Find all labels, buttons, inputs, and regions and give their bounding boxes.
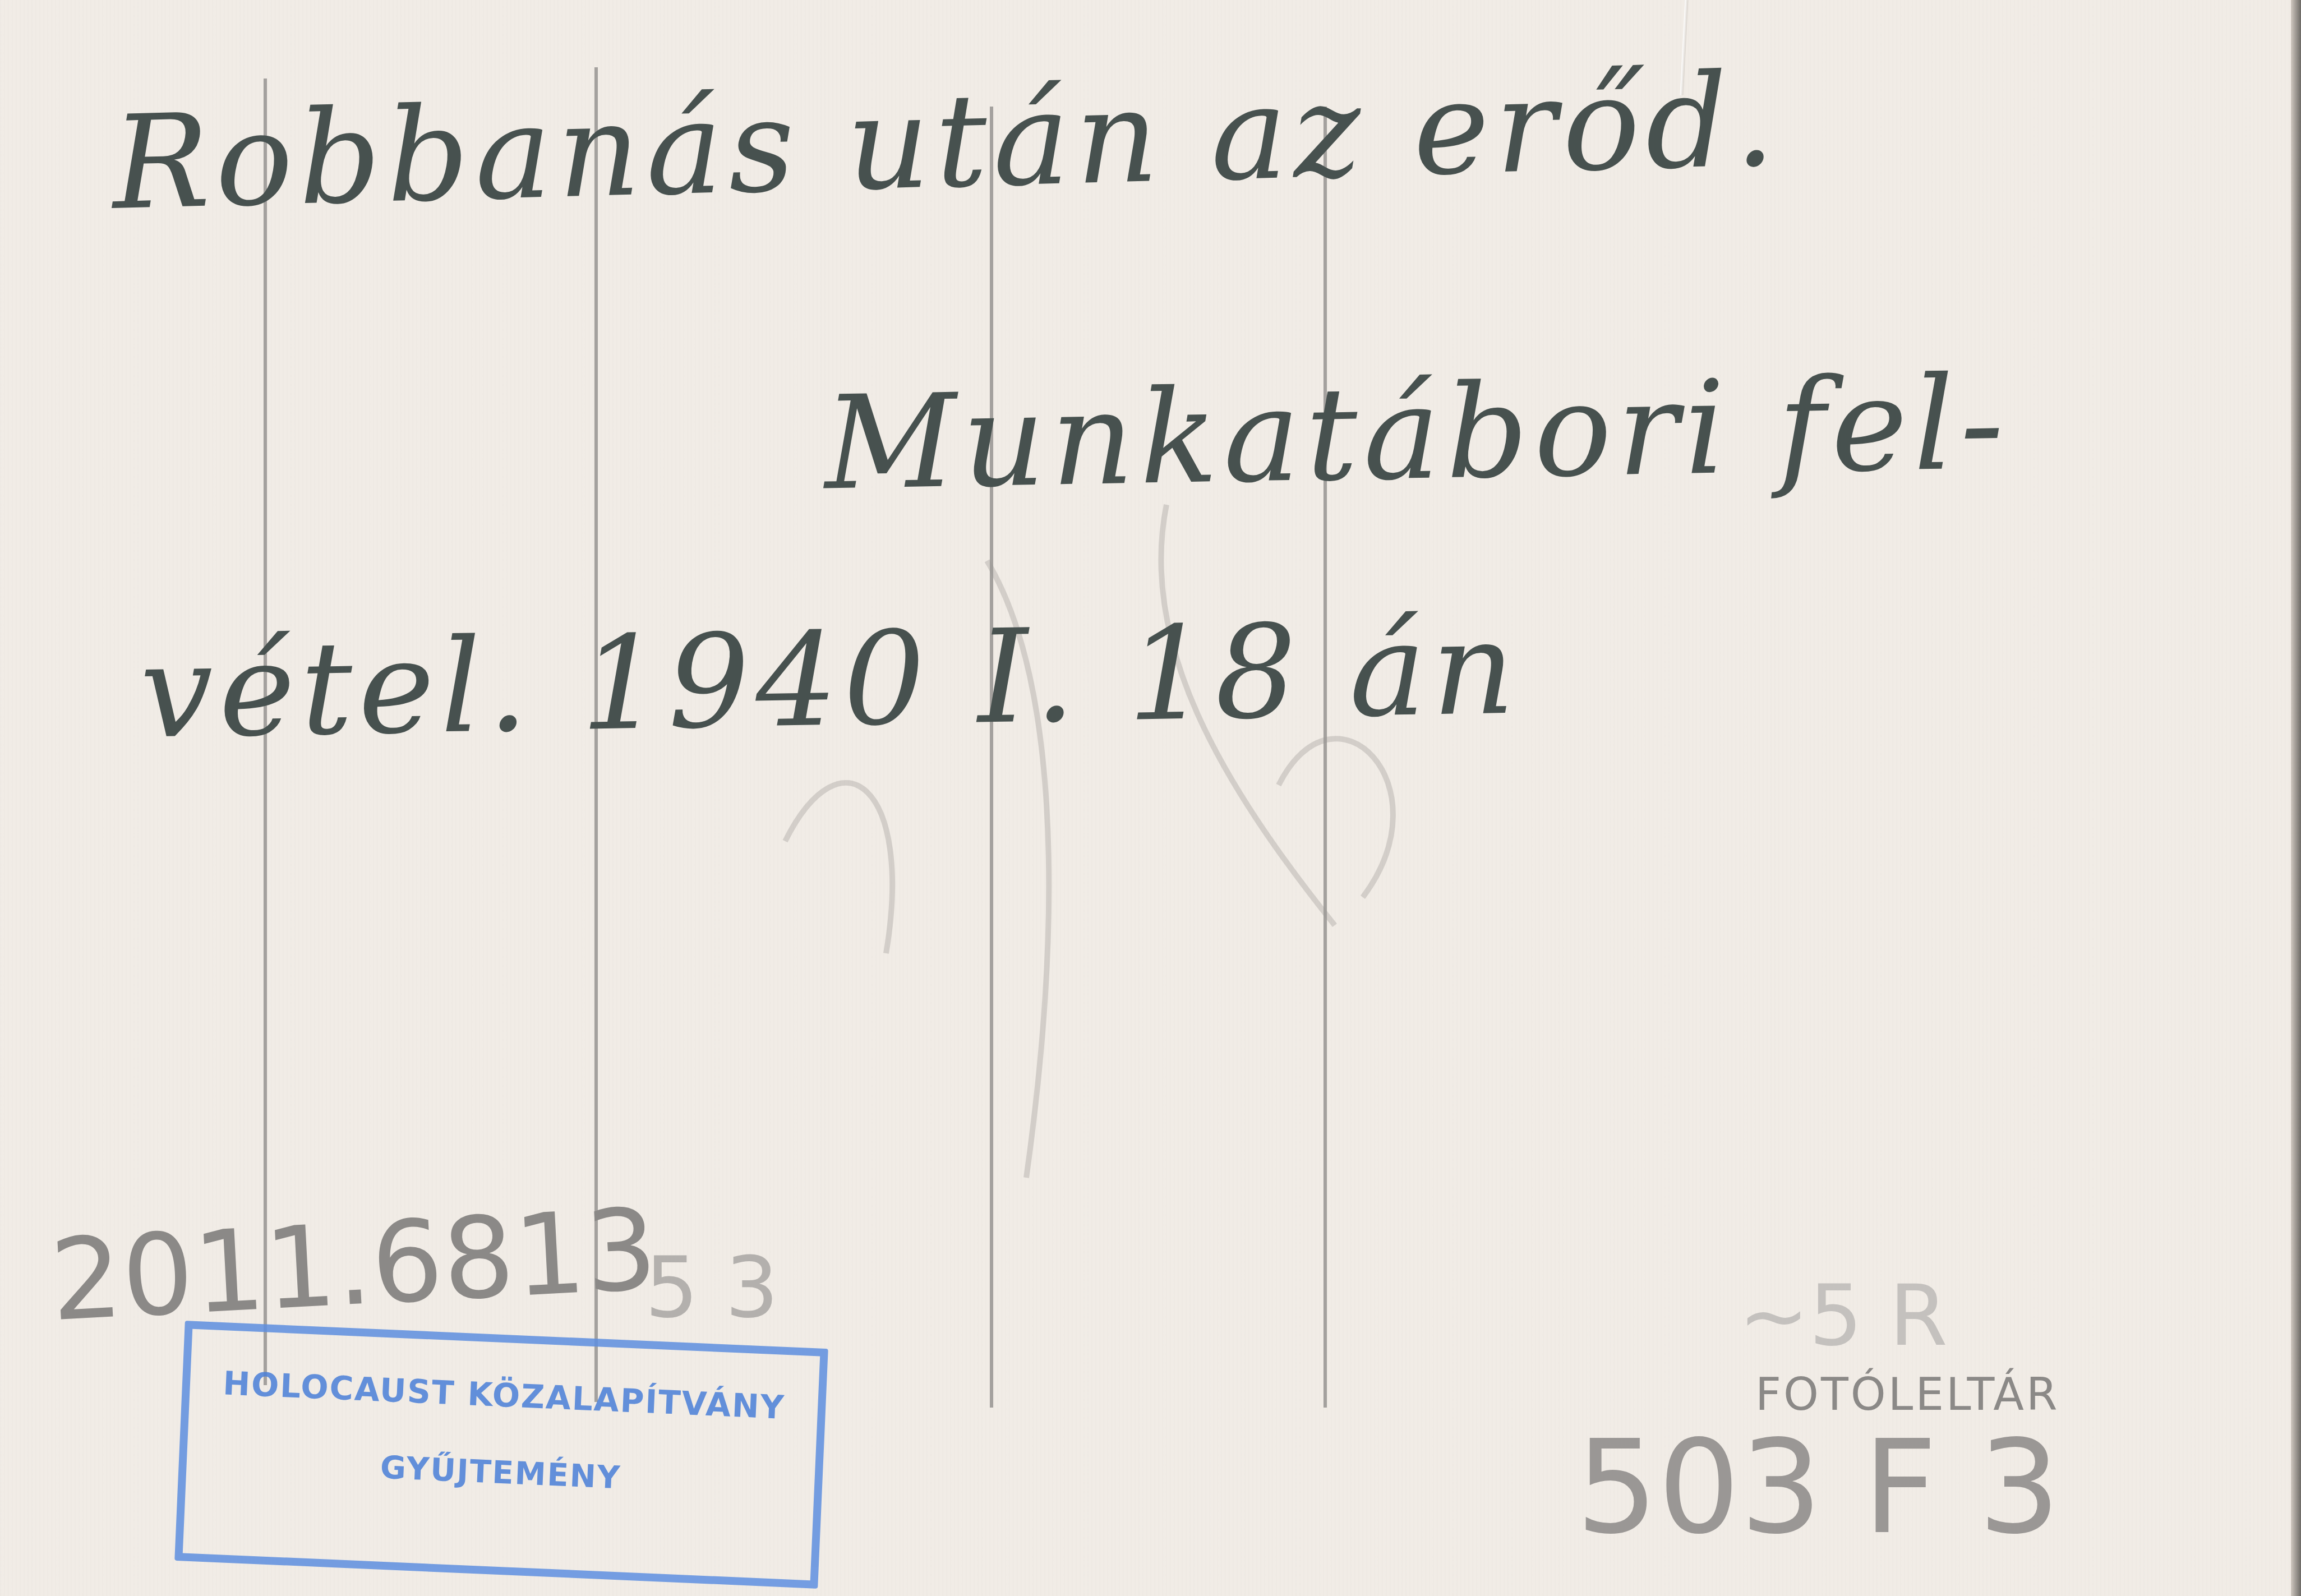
- stamp-line-2: GYŰJTEMÉNY: [186, 1441, 815, 1505]
- stamp-line-1: HOLOCAUST KÖZALAPÍTVÁNY: [190, 1363, 819, 1428]
- inventory-number: 503 F 3: [1576, 1413, 2060, 1563]
- accession-suffix-faint: 5 3: [645, 1239, 779, 1337]
- handwriting-line-3: vétel. 1940 I. 18 án: [139, 594, 1521, 768]
- handwriting-line-1: Robbanás után az erőd.: [110, 45, 1782, 239]
- faint-pencil-marks: ~5 R: [1739, 1267, 1948, 1365]
- photo-card-back: Robbanás után az erőd. Munkatábori fel- …: [0, 0, 2291, 1596]
- faint-pencil-scribble: [774, 393, 1503, 1234]
- card-edge-shadow: [2291, 0, 2301, 1596]
- accession-number: 2011.6813: [48, 1184, 660, 1346]
- collection-stamp: HOLOCAUST KÖZALAPÍTVÁNY GYŰJTEMÉNY: [174, 1321, 828, 1589]
- handwriting-line-2: Munkatábori fel-: [823, 349, 2011, 519]
